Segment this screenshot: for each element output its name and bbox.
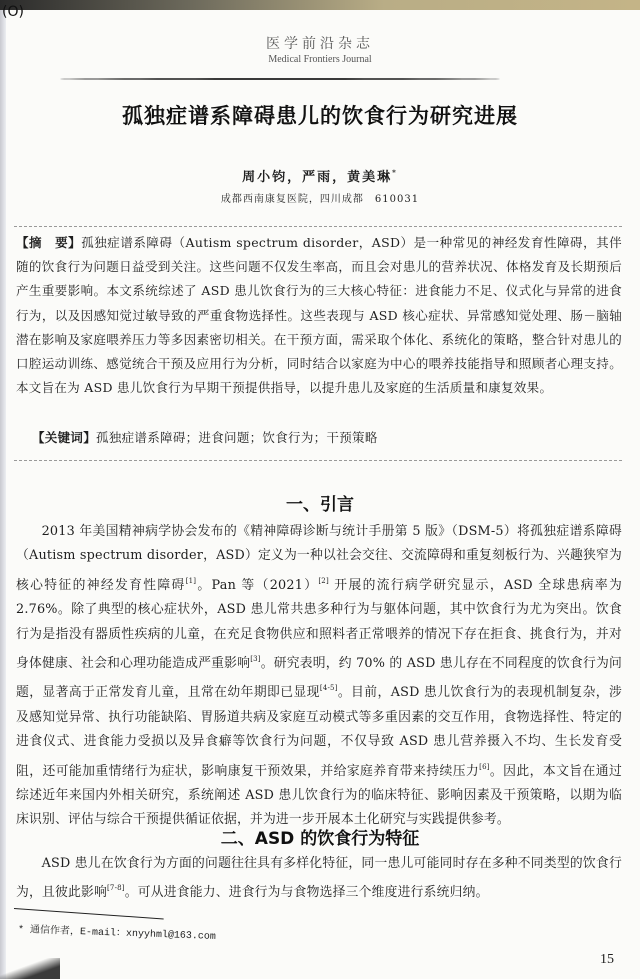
abstract-top-divider (14, 226, 622, 227)
section-heading-introduction: 一、引言 (0, 490, 640, 515)
text-run: 。可从进食能力、进食行为与食物选择三个维度进行系统归纳。 (125, 885, 489, 900)
citation: [2] (318, 577, 329, 585)
author-affiliation: 成都西南康复医院，四川成都 610031 (0, 190, 640, 205)
footnote-mark: * (18, 925, 24, 936)
article-title: 孤独症谱系障碍患儿的饮食行为研究进展 (0, 100, 640, 130)
paragraph: ASD 患儿在饮食行为方面的问题往往具有多样化特征，同一患儿可能同时存在多种不同… (16, 852, 622, 906)
keywords-label: 【关键词】 (32, 430, 96, 445)
corner-label: (O) (2, 4, 24, 20)
abstract-text: 孤独症谱系障碍（Autism spectrum disorder，ASD）是一种… (16, 235, 622, 395)
journal-name-cn: 医学前沿杂志 (0, 33, 640, 53)
scan-top-shadow (0, 0, 640, 10)
paragraph: 2013 年美国精神病学协会发布的《精神障碍诊断与统计手册第 5 版》（DSM-… (16, 520, 622, 833)
abstract-bottom-divider (14, 460, 622, 461)
section-body-characteristics: ASD 患儿在饮食行为方面的问题往往具有多样化特征，同一患儿可能同时存在多种不同… (16, 852, 622, 906)
journal-name-en: Medical Frontiers Journal (0, 54, 640, 65)
citation: [4-5] (320, 684, 338, 692)
corresponding-mark: * (392, 168, 398, 177)
citation: [1] (186, 577, 197, 585)
page-number: 15 (600, 952, 614, 968)
citation: [6] (479, 763, 490, 771)
citation: [7-8] (107, 884, 125, 892)
section-body-introduction: 2013 年美国精神病学协会发布的《精神障碍诊断与统计手册第 5 版》（DSM-… (16, 520, 622, 833)
citation: [3] (250, 655, 261, 663)
keywords-text: 孤独症谱系障碍；进食问题；饮食行为；干预策略 (96, 430, 378, 445)
abstract: 【摘 要】孤独症谱系障碍（Autism spectrum disorder，AS… (16, 231, 622, 400)
section-heading-characteristics: 二、ASD 的饮食行为特征 (0, 824, 640, 849)
journal-header: 医学前沿杂志 Medical Frontiers Journal (0, 33, 640, 65)
header-rule (60, 78, 500, 80)
article-authors: 周小钧，严雨，黄美琳* (0, 166, 640, 185)
text-run: 。Pan 等（2021） (196, 578, 318, 593)
keywords: 【关键词】孤独症谱系障碍；进食问题；饮食行为；干预策略 (32, 428, 612, 446)
scan-bottom-shadow (0, 958, 60, 979)
author-names: 周小钧，严雨，黄美琳 (242, 170, 392, 185)
abstract-label: 【摘 要】 (16, 235, 81, 250)
